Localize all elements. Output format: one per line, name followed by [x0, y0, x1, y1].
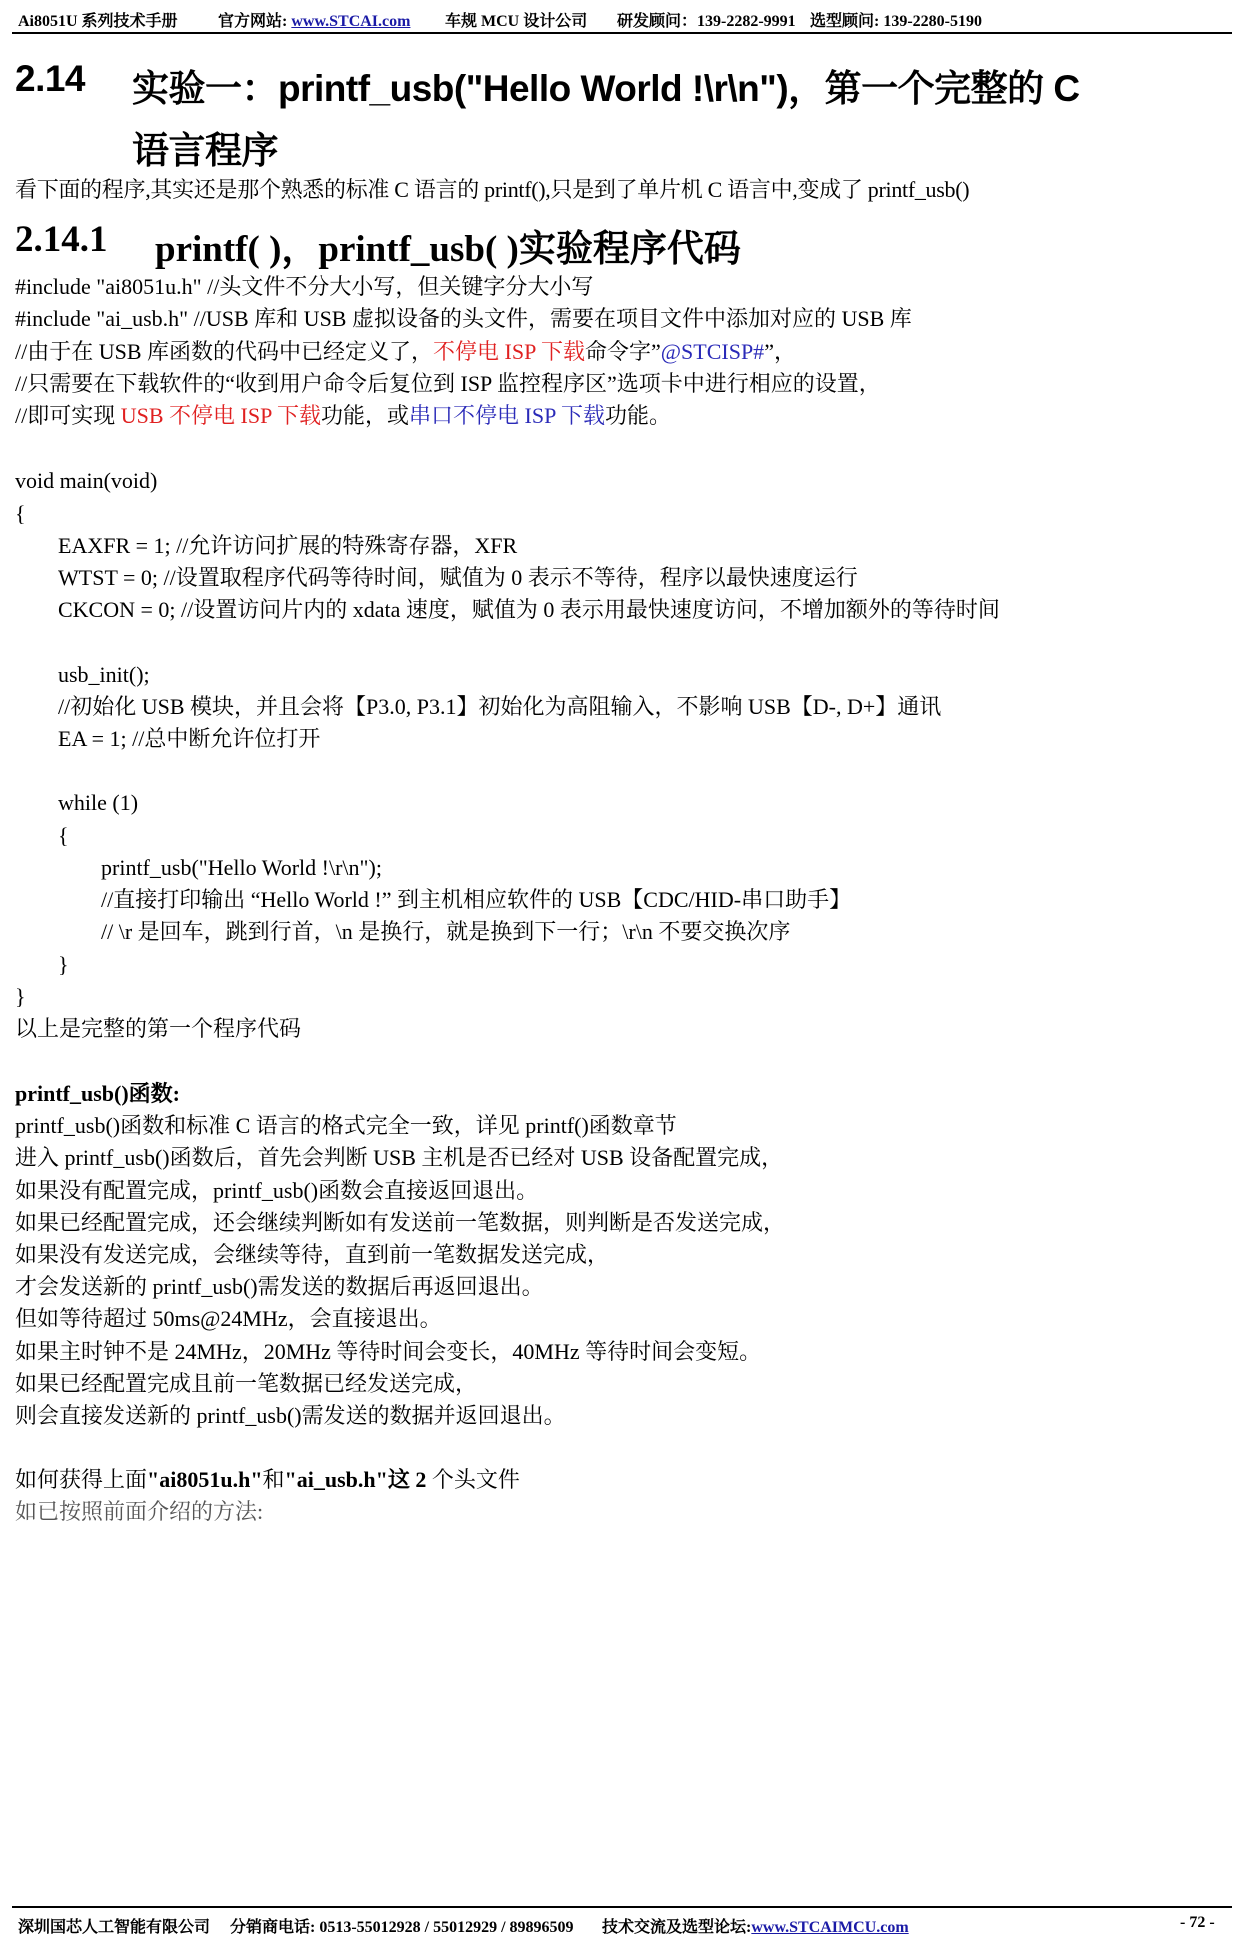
website-label: 官方网站:: [218, 13, 291, 30]
function-desc-line: 进入 printf_usb()函数后，首先会判断 USB 主机是否已经对 USB…: [15, 1144, 783, 1172]
function-desc-line: 如果没有配置完成，printf_usb()函数会直接返回退出。: [15, 1177, 538, 1205]
highlight-red: USB 不停电 ISP 下载: [121, 403, 321, 428]
code-include-ai8051u: #include "ai8051u.h" //头文件不分大小写，但关键字分大小写: [15, 273, 593, 301]
code-printf-call: printf_usb("Hello World !\r\n");: [101, 854, 382, 882]
section-title-line1: 实验一：printf_usb("Hello World !\r\n")，第一个完…: [132, 58, 1080, 112]
question-text: 如何获得上面: [15, 1467, 147, 1492]
comment-text: //由于在 USB 库函数的代码中已经定义了，: [15, 339, 433, 364]
code-open-brace: {: [15, 500, 26, 528]
code-ea: EA = 1; //总中断允许位打开: [58, 725, 320, 753]
highlight-blue: 串口不停电 ISP 下载: [409, 403, 605, 428]
website: 官方网站: www.STCAI.com: [218, 8, 410, 31]
section-intro: 看下面的程序,其实还是那个熟悉的标准 C 语言的 printf(),只是到了单片…: [15, 176, 969, 204]
question-text: 这 2: [388, 1467, 427, 1492]
footer-company: 深圳国芯人工智能有限公司: [18, 1914, 210, 1937]
comment-text: ”，: [764, 339, 796, 364]
page-number: - 72 -: [1180, 1914, 1215, 1932]
function-desc-line: 如果没有发送完成，会继续等待，直到前一笔数据发送完成，: [15, 1241, 609, 1269]
function-desc-line: 如果已经配置完成且前一笔数据已经发送完成，: [15, 1370, 477, 1398]
page-header: Ai8051U 系列技术手册 官方网站: www.STCAI.com 车规 MC…: [18, 6, 1230, 30]
rd-consultant: 研发顾问：139-2282-9991: [617, 8, 796, 31]
code-while-close: }: [58, 951, 69, 979]
code-comment-isp-command: //由于在 USB 库函数的代码中已经定义了，不停电 ISP 下载命令字”@ST…: [15, 338, 796, 366]
code-eaxfr: EAXFR = 1; //允许访问扩展的特殊寄存器，XFR: [58, 532, 517, 560]
footer-distributor-phone: 分销商电话: 0513-55012928 / 55012929 / 898965…: [230, 1914, 574, 1937]
subsection-title: printf( )，printf_usb( )实验程序代码: [155, 218, 741, 272]
header-file-name: "ai8051u.h": [147, 1467, 263, 1492]
code-main-decl: void main(void): [15, 467, 157, 495]
header-file-name: "ai_usb.h": [285, 1467, 388, 1492]
comment-text: 功能。: [605, 403, 671, 428]
function-desc-heading: printf_usb()函数:: [15, 1080, 180, 1108]
comment-text: 命令字”: [585, 339, 661, 364]
company-tagline: 车规 MCU 设计公司: [445, 8, 587, 31]
question-text: 个头文件: [426, 1467, 520, 1492]
website-link[interactable]: www.STCAI.com: [291, 13, 410, 30]
highlight-blue: @STCISP#: [661, 339, 764, 364]
code-usb-init-comment: //初始化 USB 模块，并且会将【P3.0, P3.1】初始化为高阻输入，不影…: [58, 693, 941, 721]
forum-link[interactable]: www.STCAIMCU.com: [751, 1919, 908, 1936]
function-desc-line: 如果主时钟不是 24MHz，20MHz 等待时间会变长，40MHz 等待时间会变…: [15, 1338, 761, 1366]
page-footer: 深圳国芯人工智能有限公司 分销商电话: 0513-55012928 / 5501…: [18, 1912, 1230, 1936]
code-printf-comment1: //直接打印输出 “Hello World !” 到主机相应软件的 USB【CD…: [101, 886, 851, 914]
header-divider: [12, 32, 1232, 34]
question-text: 和: [263, 1467, 285, 1492]
selection-consultant: 选型顾问: 139-2280-5190: [810, 8, 982, 31]
code-comment-settings: //只需要在下载软件的“收到用户命令后复位到 ISP 监控程序区”选项卡中进行相…: [15, 370, 881, 398]
function-desc-line: 但如等待超过 50ms@24MHz，会直接退出。: [15, 1305, 442, 1333]
code-printf-comment2: // \r 是回车，跳到行首，\n 是换行，就是换到下一行；\r\n 不要交换次…: [101, 918, 790, 946]
section-number: 2.14: [15, 58, 85, 100]
function-desc-line: 才会发送新的 printf_usb()需发送的数据后再返回退出。: [15, 1273, 544, 1301]
after-code-note: 以上是完整的第一个程序代码: [15, 1015, 301, 1043]
manual-title: Ai8051U 系列技术手册: [18, 8, 178, 31]
code-include-ai-usb: #include "ai_usb.h" //USB 库和 USB 虚拟设备的头文…: [15, 305, 912, 333]
code-while-open: {: [58, 822, 69, 850]
code-wtst: WTST = 0; //设置取程序代码等待时间，赋值为 0 表示不等待，程序以最…: [58, 564, 858, 592]
code-while: while (1): [58, 789, 138, 817]
headers-followup: 如已按照前面介绍的方法:: [15, 1498, 263, 1526]
section-title-line2: 语言程序: [132, 120, 278, 174]
footer-divider: [12, 1906, 1232, 1908]
footer-forum: 技术交流及选型论坛:www.STCAIMCU.com: [602, 1914, 909, 1937]
headers-question: 如何获得上面"ai8051u.h"和"ai_usb.h"这 2 个头文件: [15, 1466, 520, 1494]
code-comment-function: //即可实现 USB 不停电 ISP 下载功能，或串口不停电 ISP 下载功能。: [15, 402, 671, 430]
subsection-number: 2.14.1: [15, 218, 108, 261]
function-desc-line: 如果已经配置完成，还会继续判断如有发送前一笔数据，则判断是否发送完成，: [15, 1209, 785, 1237]
function-desc-line: 则会直接发送新的 printf_usb()需发送的数据并返回退出。: [15, 1402, 566, 1430]
comment-text: //即可实现: [15, 403, 121, 428]
highlight-red: 不停电 ISP 下载: [433, 339, 585, 364]
comment-text: 功能，或: [321, 403, 409, 428]
forum-label: 技术交流及选型论坛:: [602, 1919, 751, 1936]
code-usb-init: usb_init();: [58, 661, 150, 689]
function-desc-line: printf_usb()函数和标准 C 语言的格式完全一致，详见 printf(…: [15, 1112, 677, 1140]
code-ckcon: CKCON = 0; //设置访问片内的 xdata 速度，赋值为 0 表示用最…: [58, 596, 1000, 624]
code-close-brace: }: [15, 983, 26, 1011]
